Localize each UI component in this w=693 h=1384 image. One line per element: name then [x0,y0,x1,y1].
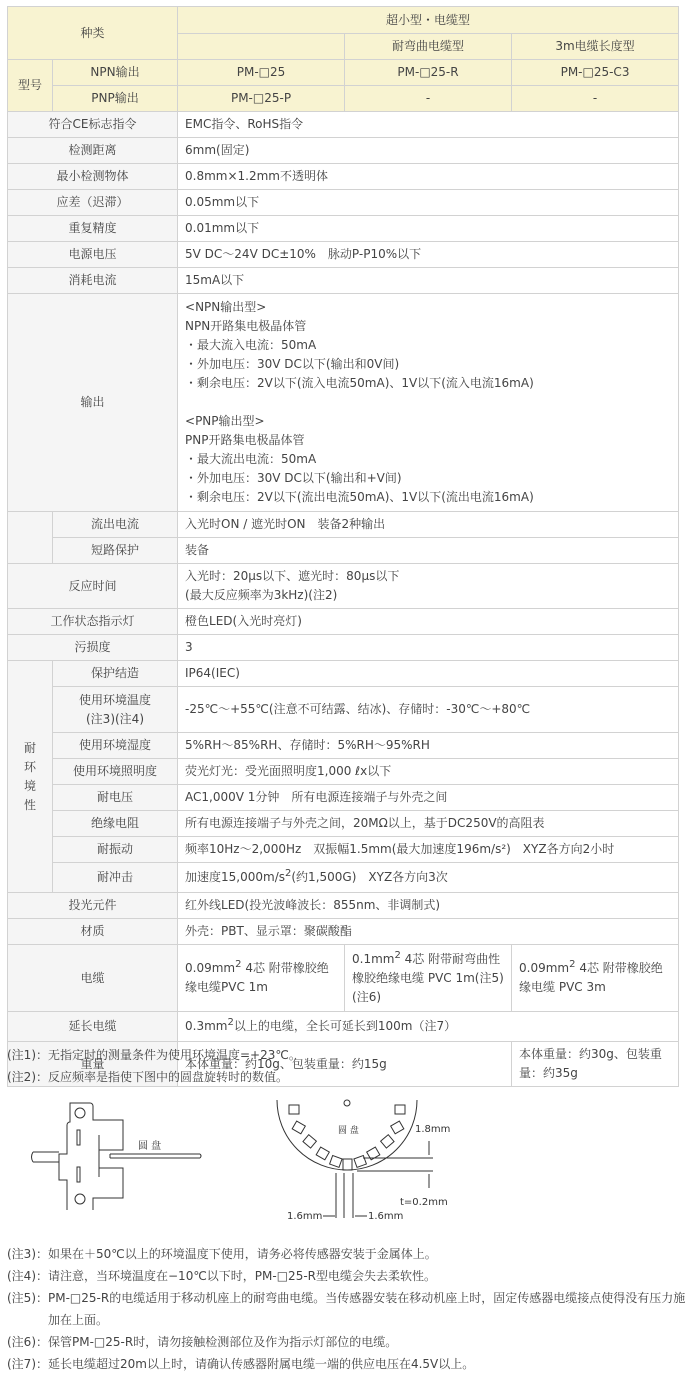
row-min-object: 最小检测物体 0.8mm×1.2mm不透明体 [8,164,679,190]
supply-voltage-label: 电源电压 [8,242,178,268]
row-protection: 耐 环 境 性 保护结造 IP64(IEC) [8,661,679,687]
output-line: PNP开路集电极晶体管 [185,431,671,450]
withstand-voltage-label: 耐电压 [53,785,178,811]
note-4: (注4)：请注意，当环境温度在−10℃以下时，PM-□25-R型电缆会失去柔软性… [7,1265,687,1287]
output-line: <NPN输出型> [185,298,671,317]
protection-value: IP64(IEC) [178,661,679,687]
vibration-value: 频率10Hz～2,000Hz 双振幅1.5mm(最大加速度196m/s²) XY… [178,837,679,863]
model-npn-3m: PM-□25-C3 [512,60,679,86]
response-value: 入光时：20μs以下、遮光时：80μs以下 (最大反应频率为3kHz)(注2) [178,564,679,609]
model-npn-standard: PM-□25 [178,60,345,86]
row-shock: 耐冲击 加速度15,000m/s2(约1,500G) XYZ各方向3次 [8,863,679,893]
current-label: 消耗电流 [8,268,178,294]
model-npn-flex: PM-□25-R [345,60,512,86]
row-response: 反应时间 入光时：20μs以下、遮光时：80μs以下 (最大反应频率为3kHz)… [8,564,679,609]
row-withstand-voltage: 耐电压 AC1,000V 1分钟 所有电源连接端子与外壳之间 [8,785,679,811]
disk-diagram: 圆 盘 1.8mm t=0.2mm 1.6mm 1.6mm [265,1095,450,1225]
note-5: (注5)：PM-□25-R的电缆适用于移动机座上的耐弯曲电缆。当传感器安装在移动… [7,1287,687,1331]
output-line: ・剩余电压：2V以下(流出电流50mA)、1V以下(流出电流16mA) [185,488,671,507]
subtype-3m: 3m电缆长度型 [512,34,679,60]
output-line [185,393,671,412]
row-pollution: 污损度 3 [8,635,679,661]
distance-label: 检测距离 [8,138,178,164]
notes-top: (注1)：无指定时的测量条件为使用环境温度=+23℃。 (注2)：反应频率是指使… [7,1044,687,1088]
row-output-current: 流出电流 入光时ON / 遮光时ON 装备2种输出 [8,512,679,538]
row-humidity: 使用环境湿度 5%RH～85%RH、存储时：5%RH～95%RH [8,733,679,759]
environment-group-label: 耐 环 境 性 [8,661,53,893]
model-pnp-standard: PM-□25-P [178,86,345,112]
humidity-label: 使用环境湿度 [53,733,178,759]
row-supply-voltage: 电源电压 5V DC～24V DC±10% 脉动P-P10%以下 [8,242,679,268]
row-distance: 检测距离 6mm(固定) [8,138,679,164]
notes-bottom: (注3)：如果在＋50℃以上的环境温度下使用，请务必将传感器安装于金属体上。 (… [7,1243,687,1375]
ce-value: EMC指令、RoHS指令 [178,112,679,138]
ce-label: 符合CE标志指令 [8,112,178,138]
ext-cable-value: 0.3mm2以上的电缆，全长可延长到100m（注7） [178,1012,679,1042]
row-insulation: 绝缘电阻 所有电源连接端子与外壳之间，20MΩ以上，基于DC250V的高阻表 [8,811,679,837]
disk-label: 圆 盘 [138,1139,161,1152]
output-line: ・最大流出电流：50mA [185,450,671,469]
response-label: 反应时间 [8,564,178,609]
pnp-output-label: PNP输出 [53,86,178,112]
series-header: 超小型・电缆型 [178,7,679,34]
cable-label: 电缆 [8,945,178,1012]
model-pnp-3m: - [512,86,679,112]
output-line: ・剩余电压：2V以下(流入电流50mA)、1V以下(流入电流16mA) [185,374,671,393]
note-6: (注6)：保管PM-□25-R时，请勿接触检测部位及作为指示灯部位的电缆。 [7,1331,687,1353]
note-1: (注1)：无指定时的测量条件为使用环境温度=+23℃。 [7,1044,687,1066]
row-material: 材质 外壳：PBT、显示罩：聚碳酸酯 [8,919,679,945]
cable-standard-value: 0.09mm2 4芯 附带橡胶绝缘电缆PVC 1m [178,945,345,1012]
row-hysteresis: 应差（迟滞） 0.05mm以下 [8,190,679,216]
subtype-flex: 耐弯曲电缆型 [345,34,512,60]
pollution-label: 污损度 [8,635,178,661]
right-dimension: 1.6mm [368,1211,403,1222]
row-cable: 电缆 0.09mm2 4芯 附带橡胶绝缘电缆PVC 1m 0.1mm2 4芯 附… [8,945,679,1012]
output-line: ・最大流入电流：50mA [185,336,671,355]
response-line-1: 入光时：20μs以下、遮光时：80μs以下 [185,567,671,586]
temperature-value: -25℃～+55℃(注意不可结露、结冰)、存储时：-30℃～+80℃ [178,687,679,733]
insulation-value: 所有电源连接端子与外壳之间，20MΩ以上，基于DC250V的高阻表 [178,811,679,837]
illuminance-label: 使用环境照明度 [53,759,178,785]
output-label: 输出 [8,294,178,512]
row-indicator: 工作状态指示灯 橙色LED(入光时亮灯) [8,609,679,635]
cable-flex-value: 0.1mm2 4芯 附带耐弯曲性橡胶绝缘电缆 PVC 1m(注5)(注6) [345,945,512,1012]
model-header: 型号 [8,60,53,112]
emitter-value: 红外线LED(投光波峰波长：855nm、非调制式) [178,893,679,919]
short-protect-label: 短路保护 [53,538,178,564]
material-label: 材质 [8,919,178,945]
min-object-value: 0.8mm×1.2mm不透明体 [178,164,679,190]
repeatability-label: 重复精度 [8,216,178,242]
ext-cable-label: 延长电缆 [8,1012,178,1042]
output-line: ・外加电压：30V DC以下(输出和0V间) [185,355,671,374]
row-emitter: 投光元件 红外线LED(投光波峰波长：855nm、非调制式) [8,893,679,919]
row-ext-cable: 延长电缆 0.3mm2以上的电缆，全长可延长到100m（注7） [8,1012,679,1042]
row-output: 输出 <NPN输出型> NPN开路集电极晶体管 ・最大流入电流：50mA ・外加… [8,294,679,512]
slot-height-dimension: 1.8mm [415,1124,450,1135]
spec-table: 种类 超小型・电缆型 耐弯曲电缆型 3m电缆长度型 型号 NPN输出 PM-□2… [7,6,679,1087]
thickness-dimension: t=0.2mm [400,1197,448,1208]
shock-value: 加速度15,000m/s2(约1,500G) XYZ各方向3次 [178,863,679,893]
row-illuminance: 使用环境照明度 荧光灯光：受光面照明度1,000 ℓx以下 [8,759,679,785]
insulation-label: 绝缘电阻 [53,811,178,837]
row-current: 消耗电流 15mA以下 [8,268,679,294]
indicator-label: 工作状态指示灯 [8,609,178,635]
withstand-voltage-value: AC1,000V 1分钟 所有电源连接端子与外壳之间 [178,785,679,811]
subtype-standard [178,34,345,60]
left-dimension: 1.6mm [287,1211,322,1222]
output-line: NPN开路集电极晶体管 [185,317,671,336]
current-value: 15mA以下 [178,268,679,294]
note-2: (注2)：反应频率是指使下图中的圆盘旋转时的数值。 [7,1066,687,1088]
output-current-label: 流出电流 [53,512,178,538]
row-repeatability: 重复精度 0.01mm以下 [8,216,679,242]
npn-output-label: NPN输出 [53,60,178,86]
row-short-protect: 短路保护 装备 [8,538,679,564]
row-temperature: 使用环境温度 (注3)(注4) -25℃～+55℃(注意不可结露、结冰)、存储时… [8,687,679,733]
repeatability-value: 0.01mm以下 [178,216,679,242]
temperature-label: 使用环境温度 (注3)(注4) [53,687,178,733]
indicator-value: 橙色LED(入光时亮灯) [178,609,679,635]
response-line-2: (最大反应频率为3kHz)(注2) [185,586,671,605]
model-pnp-flex: - [345,86,512,112]
sensor-diagram: 圆 盘 [25,1095,205,1210]
emitter-label: 投光元件 [8,893,178,919]
vibration-label: 耐振动 [53,837,178,863]
type-header: 种类 [8,7,178,60]
min-object-label: 最小检测物体 [8,164,178,190]
pollution-value: 3 [178,635,679,661]
row-vibration: 耐振动 频率10Hz～2,000Hz 双振幅1.5mm(最大加速度196m/s²… [8,837,679,863]
hysteresis-value: 0.05mm以下 [178,190,679,216]
output-sub-spacer [8,512,53,564]
distance-value: 6mm(固定) [178,138,679,164]
note-7: (注7)：延长电缆超过20m以上时，请确认传感器附属电缆一端的供应电压在4.5V… [7,1353,687,1375]
output-value: <NPN输出型> NPN开路集电极晶体管 ・最大流入电流：50mA ・外加电压：… [178,294,679,512]
protection-label: 保护结造 [53,661,178,687]
hysteresis-label: 应差（迟滞） [8,190,178,216]
illuminance-value: 荧光灯光：受光面照明度1,000 ℓx以下 [178,759,679,785]
output-current-value: 入光时ON / 遮光时ON 装备2种输出 [178,512,679,538]
disk-label: 圆 盘 [338,1124,359,1136]
humidity-value: 5%RH～85%RH、存储时：5%RH～95%RH [178,733,679,759]
row-ce: 符合CE标志指令 EMC指令、RoHS指令 [8,112,679,138]
output-line: ・外加电压：30V DC以下(输出和+V间) [185,469,671,488]
output-line: <PNP输出型> [185,412,671,431]
cable-3m-value: 0.09mm2 4芯 附带橡胶绝缘电缆 PVC 3m [512,945,679,1012]
material-value: 外壳：PBT、显示罩：聚碳酸酯 [178,919,679,945]
shock-label: 耐冲击 [53,863,178,893]
note-3: (注3)：如果在＋50℃以上的环境温度下使用，请务必将传感器安装于金属体上。 [7,1243,687,1265]
supply-voltage-value: 5V DC～24V DC±10% 脉动P-P10%以下 [178,242,679,268]
short-protect-value: 装备 [178,538,679,564]
